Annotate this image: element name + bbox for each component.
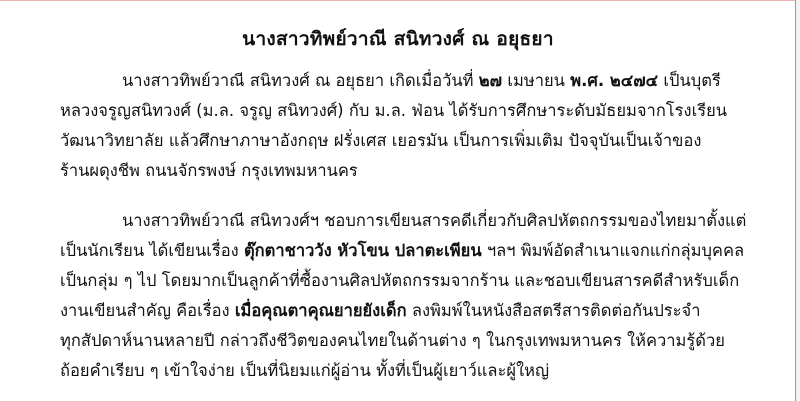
paragraph-1: นางสาวทิพย์วาณี สนิทวงศ์ ณ อยุธยา เกิดเม… <box>60 66 760 186</box>
paragraph-line: เป็นนักเรียน ได้เขียนเรื่อง ตุ๊กตาชาววัง… <box>60 236 760 266</box>
paragraph-line: ร้านผดุงชีพ ถนนจักรพงษ์ กรุงเทพมหานคร <box>60 156 760 186</box>
paragraph-line: นางสาวทิพย์วาณี สนิทวงศ์ ณ อยุธยา เกิดเม… <box>60 66 760 96</box>
text-segment: ลงพิมพ์ในหนังสือสตรีสารติดต่อกันประจำ <box>407 301 701 320</box>
text-segment: นางสาวทิพย์วาณี สนิทวงศ์ฯ ชอบการเขียนสาร… <box>122 211 746 230</box>
paragraph-line: วัฒนาวิทยาลัย แล้วศึกษาภาษาอังกฤษ ฝรั่งเ… <box>60 126 760 156</box>
text-segment: เป็นกลุ่ม ๆ ไป โดยมากเป็นลูกค้าที่ซื้องา… <box>60 271 739 290</box>
paragraph-line: นางสาวทิพย์วาณี สนิทวงศ์ฯ ชอบการเขียนสาร… <box>60 206 760 236</box>
window-top-accent <box>0 0 800 1</box>
page-edge-divider <box>795 0 796 401</box>
birth-year: พ.ศ. ๒๔๗๔ <box>570 71 658 90</box>
text-segment: เมษายน <box>502 71 570 90</box>
paragraph-line: เป็นกลุ่ม ๆ ไป โดยมากเป็นลูกค้าที่ซื้องา… <box>60 266 760 296</box>
document-page: นางสาวทิพย์วาณี สนิทวงศ์ ณ อยุธยา นางสาว… <box>0 0 796 401</box>
major-work-title: เมื่อคุณตาคุณยายยังเด็ก <box>235 301 407 320</box>
paragraph-line: หลวงจรูญสนิทวงศ์ (ม.ล. จรูญ สนิทวงศ์) กั… <box>60 96 760 126</box>
page-edge-shadow <box>796 0 800 401</box>
paragraph-line: งานเขียนสำคัญ คือเรื่อง เมื่อคุณตาคุณยาย… <box>60 296 760 326</box>
work-titles: ตุ๊กตาชาววัง หัวโขน ปลาตะเพียน <box>244 241 482 260</box>
paragraph-2: นางสาวทิพย์วาณี สนิทวงศ์ฯ ชอบการเขียนสาร… <box>60 206 760 386</box>
text-segment: นางสาวทิพย์วาณี สนิทวงศ์ ณ อยุธยา เกิดเม… <box>122 71 479 90</box>
text-segment: เป็นนักเรียน ได้เขียนเรื่อง <box>60 241 244 260</box>
text-segment: เป็นบุตรี <box>658 71 721 90</box>
text-segment: ถ้อยคำเรียบ ๆ เข้าใจง่าย เป็นที่นิยมแก่ผ… <box>60 361 549 380</box>
text-segment: ร้านผดุงชีพ ถนนจักรพงษ์ กรุงเทพมหานคร <box>60 161 358 180</box>
paragraph-line: ถ้อยคำเรียบ ๆ เข้าใจง่าย เป็นที่นิยมแก่ผ… <box>60 356 760 386</box>
text-segment: หลวงจรูญสนิทวงศ์ (ม.ล. จรูญ สนิทวงศ์) กั… <box>60 101 727 120</box>
birth-day: ๒๗ <box>479 71 502 90</box>
text-segment: วัฒนาวิทยาลัย แล้วศึกษาภาษาอังกฤษ ฝรั่งเ… <box>60 131 701 150</box>
document-title: นางสาวทิพย์วาณี สนิทวงศ์ ณ อยุธยา <box>0 24 796 54</box>
paragraph-line: ทุกสัปดาห์นานหลายปี กล่าวถึงชีวิตของคนไท… <box>60 326 760 356</box>
text-segment: ฯลฯ พิมพ์อัดสำเนาแจกแก่กลุ่มบุคคล <box>482 241 744 260</box>
text-segment: งานเขียนสำคัญ คือเรื่อง <box>60 301 235 320</box>
text-segment: ทุกสัปดาห์นานหลายปี กล่าวถึงชีวิตของคนไท… <box>60 331 725 350</box>
